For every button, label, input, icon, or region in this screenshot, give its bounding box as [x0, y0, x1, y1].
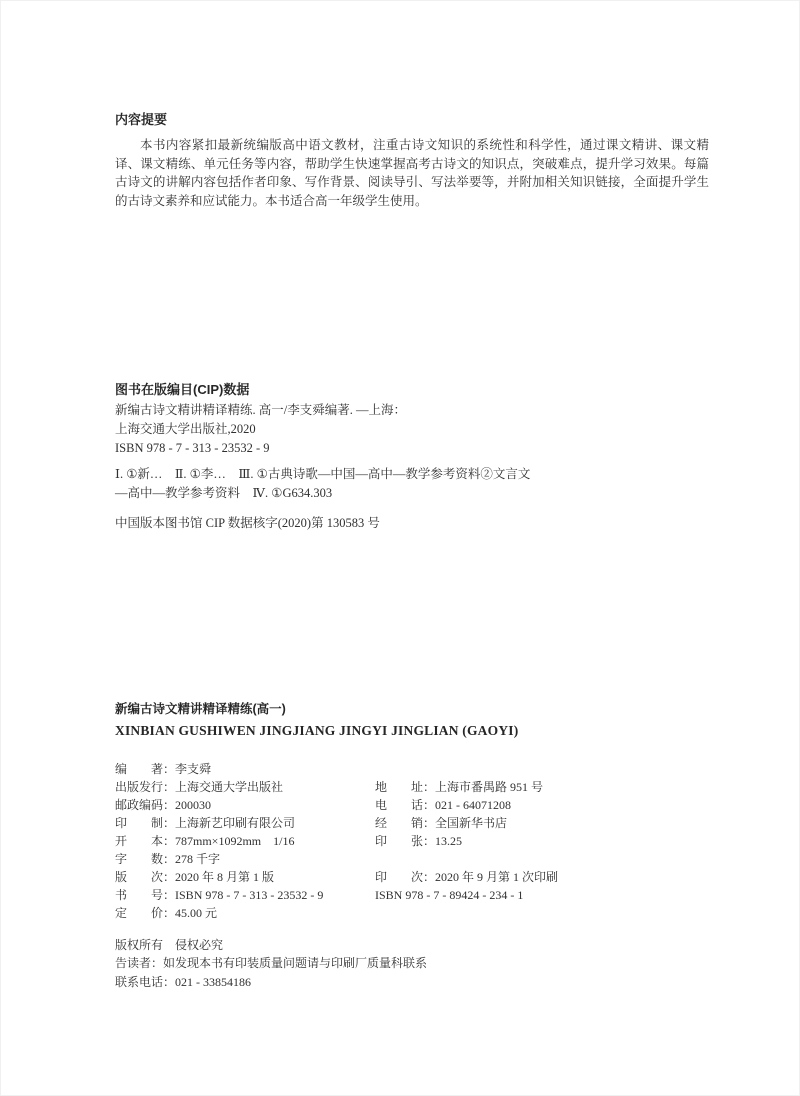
row-label: 经 销： — [375, 816, 435, 830]
colophon-row-isbn-secondary: ISBN 978 - 7 - 89424 - 234 - 1 — [375, 886, 711, 904]
colophon-row-author: 编 著：李支舜 — [115, 760, 375, 778]
row-label: 印 张： — [375, 834, 435, 848]
colophon-row-edition: 版 次：2020 年 8 月第 1 版 — [115, 868, 375, 886]
cip-heading: 图书在版编目(CIP)数据 — [115, 381, 709, 398]
row-value: ISBN 978 - 7 - 89424 - 234 - 1 — [375, 888, 523, 902]
row-label: 定 价： — [115, 906, 175, 920]
book-title-pinyin: XINBIAN GUSHIWEN JINGJIANG JINGYI JINGLI… — [115, 722, 709, 739]
row-label: 开 本： — [115, 834, 175, 848]
colophon-row-wordcount: 字 数：278 千字 — [115, 850, 375, 868]
colophon-right-column: 地 址：上海市番禺路 951 号 电 话：021 - 64071208 经 销：… — [375, 760, 711, 922]
row-value: 李支舜 — [175, 762, 211, 776]
row-label: 印 次： — [375, 870, 435, 884]
row-value: 45.00 元 — [175, 906, 217, 920]
row-value: 13.25 — [435, 834, 462, 848]
row-value: 278 千字 — [175, 852, 220, 866]
row-value: 021 - 64071208 — [435, 798, 511, 812]
colophon-row-publisher: 出版发行：上海交通大学出版社 — [115, 778, 375, 796]
row-label: 邮政编码： — [115, 798, 175, 812]
colophon-row-spacer — [375, 850, 711, 868]
copyright-page: 内容提要 本书内容紧扣最新统编版高中语文教材，注重古诗文知识的系统性和科学性，通… — [0, 0, 800, 1096]
colophon-row-sheets: 印 张：13.25 — [375, 832, 711, 850]
row-value: 上海市番禺路 951 号 — [435, 780, 543, 794]
row-label: 书 号： — [115, 888, 175, 902]
colophon-row-phone: 电 话：021 - 64071208 — [375, 796, 711, 814]
row-value: 全国新华书店 — [435, 816, 507, 830]
book-title-section: 新编古诗文精讲精译精练(高一) XINBIAN GUSHIWEN JINGJIA… — [115, 701, 709, 739]
row-value: 上海交通大学出版社 — [175, 780, 283, 794]
colophon-row-spacer — [375, 904, 711, 922]
row-value: ISBN 978 - 7 - 313 - 23532 - 9 — [175, 888, 323, 902]
colophon-row-printer: 印 制：上海新艺印刷有限公司 — [115, 814, 375, 832]
cip-isbn-line: ISBN 978 - 7 - 313 - 23532 - 9 — [115, 439, 709, 458]
cip-classification-line-2: —高中—教学参考资料 Ⅳ. ①G634.303 — [115, 484, 709, 503]
row-label: 印 制： — [115, 816, 175, 830]
row-value: 2020 年 8 月第 1 版 — [175, 870, 274, 884]
row-label: 字 数： — [115, 852, 175, 866]
colophon-row-price: 定 价：45.00 元 — [115, 904, 375, 922]
colophon-row-spacer — [375, 760, 711, 778]
row-label: 地 址： — [375, 780, 435, 794]
colophon-row-postcode: 邮政编码：200030 — [115, 796, 375, 814]
copyright-notice-section: 版权所有 侵权必究 告读者：如发现本书有印装质量问题请与印刷厂质量科联系 联系电… — [115, 936, 709, 991]
content-summary-section: 内容提要 本书内容紧扣最新统编版高中语文教材，注重古诗文知识的系统性和科学性，通… — [115, 111, 709, 211]
row-value: 2020 年 9 月第 1 次印刷 — [435, 870, 558, 884]
row-label: 版 次： — [115, 870, 175, 884]
cip-record-line-1: 新编古诗文精讲精译精练. 高一/李支舜编著. —上海： — [115, 401, 709, 420]
cip-classification-line-1: Ⅰ. ①新… Ⅱ. ①李… Ⅲ. ①古典诗歌—中国—高中—教学参考资料②文言文 — [115, 465, 709, 484]
colophon-row-address: 地 址：上海市番禺路 951 号 — [375, 778, 711, 796]
row-label: 电 话： — [375, 798, 435, 812]
colophon-row-printing: 印 次：2020 年 9 月第 1 次印刷 — [375, 868, 711, 886]
colophon-left-column: 编 著：李支舜 出版发行：上海交通大学出版社 邮政编码：200030 印 制：上… — [115, 760, 375, 922]
row-value: 上海新艺印刷有限公司 — [175, 816, 295, 830]
colophon-row-distributor: 经 销：全国新华书店 — [375, 814, 711, 832]
colophon-row-book-number: 书 号：ISBN 978 - 7 - 313 - 23532 - 9 — [115, 886, 375, 904]
colophon-row-format: 开 本：787mm×1092mm 1/16 — [115, 832, 375, 850]
copyright-notice: 版权所有 侵权必究 — [115, 936, 709, 954]
summary-heading: 内容提要 — [115, 111, 709, 128]
reader-notice: 告读者：如发现本书有印装质量问题请与印刷厂质量科联系 — [115, 954, 709, 972]
row-label: 编 著： — [115, 762, 175, 776]
row-value: 787mm×1092mm 1/16 — [175, 834, 294, 848]
colophon-section: 编 著：李支舜 出版发行：上海交通大学出版社 邮政编码：200030 印 制：上… — [115, 760, 711, 922]
book-title-chinese: 新编古诗文精讲精译精练(高一) — [115, 701, 709, 718]
row-label: 出版发行： — [115, 780, 175, 794]
row-value: 200030 — [175, 798, 211, 812]
cip-registry-line: 中国版本图书馆 CIP 数据核字(2020)第 130583 号 — [115, 514, 709, 533]
cip-section: 图书在版编目(CIP)数据 新编古诗文精讲精译精练. 高一/李支舜编著. —上海… — [115, 381, 709, 533]
summary-paragraph: 本书内容紧扣最新统编版高中语文教材，注重古诗文知识的系统性和科学性，通过课文精讲… — [115, 136, 709, 211]
cip-record-line-2: 上海交通大学出版社,2020 — [115, 420, 709, 439]
contact-phone: 联系电话：021 - 33854186 — [115, 973, 709, 991]
